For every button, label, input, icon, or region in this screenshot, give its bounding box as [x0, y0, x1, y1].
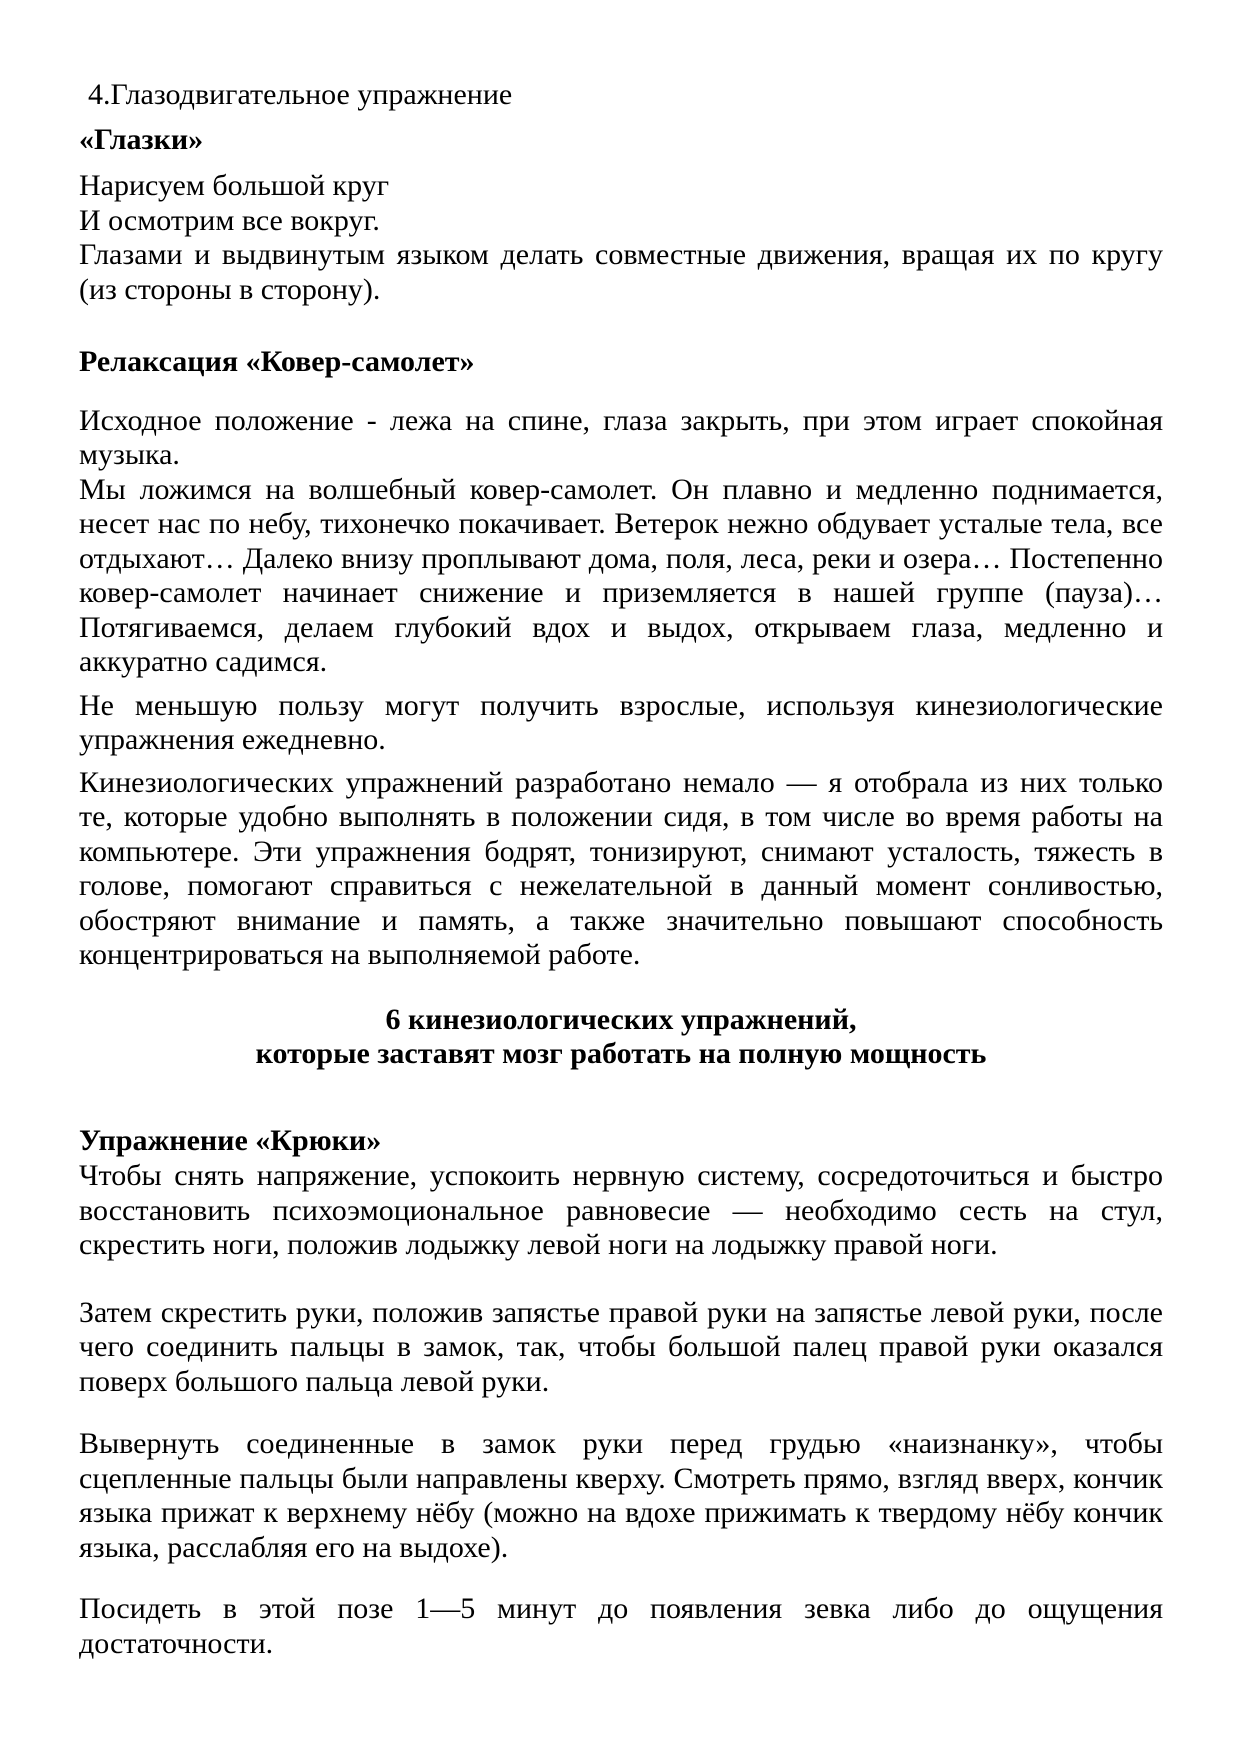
six-exercises-heading: 6 кинезиологических упражнений, которые … — [79, 1003, 1163, 1072]
poem-line-2: И осмотрим все вокруг. — [79, 204, 1163, 239]
poem-block: Нарисуем большой круг И осмотрим все вок… — [79, 169, 1163, 307]
poem-line-1: Нарисуем большой круг — [79, 169, 1163, 204]
hooks-exercise-heading: Упражнение «Крюки» — [79, 1124, 1163, 1159]
relaxation-paragraph-1: Исходное положение - лежа на спине, глаз… — [79, 404, 1163, 473]
six-exercises-heading-line-2: которые заставят мозг работать на полную… — [79, 1037, 1163, 1072]
poem-continuation: Глазами и выдвинутым языком делать совме… — [79, 238, 1163, 307]
relaxation-paragraph-3: Не меньшую пользу могут получить взрослы… — [79, 689, 1163, 758]
section-number-line: 4.Глазодвигательное упражнение — [79, 78, 1163, 113]
relaxation-heading: Релаксация «Ковер-самолет» — [79, 345, 1163, 380]
hooks-paragraph-3: Вывернуть соединенные в замок руки перед… — [79, 1427, 1163, 1565]
hooks-paragraph-2: Затем скрестить руки, положив запястье п… — [79, 1296, 1163, 1400]
six-exercises-heading-line-1: 6 кинезиологических упражнений, — [79, 1003, 1163, 1038]
document-page: 4.Глазодвигательное упражнение «Глазки» … — [0, 0, 1240, 1754]
hooks-paragraph-1: Чтобы снять напряжение, успокоить нервну… — [79, 1159, 1163, 1263]
hooks-paragraph-4: Посидеть в этой позе 1—5 минут до появле… — [79, 1592, 1163, 1661]
relaxation-paragraph-2: Мы ложимся на волшебный ковер-самолет. О… — [79, 473, 1163, 680]
relaxation-paragraph-4: Кинезиологических упражнений разработано… — [79, 766, 1163, 973]
exercise-title-glazki: «Глазки» — [79, 123, 1163, 158]
